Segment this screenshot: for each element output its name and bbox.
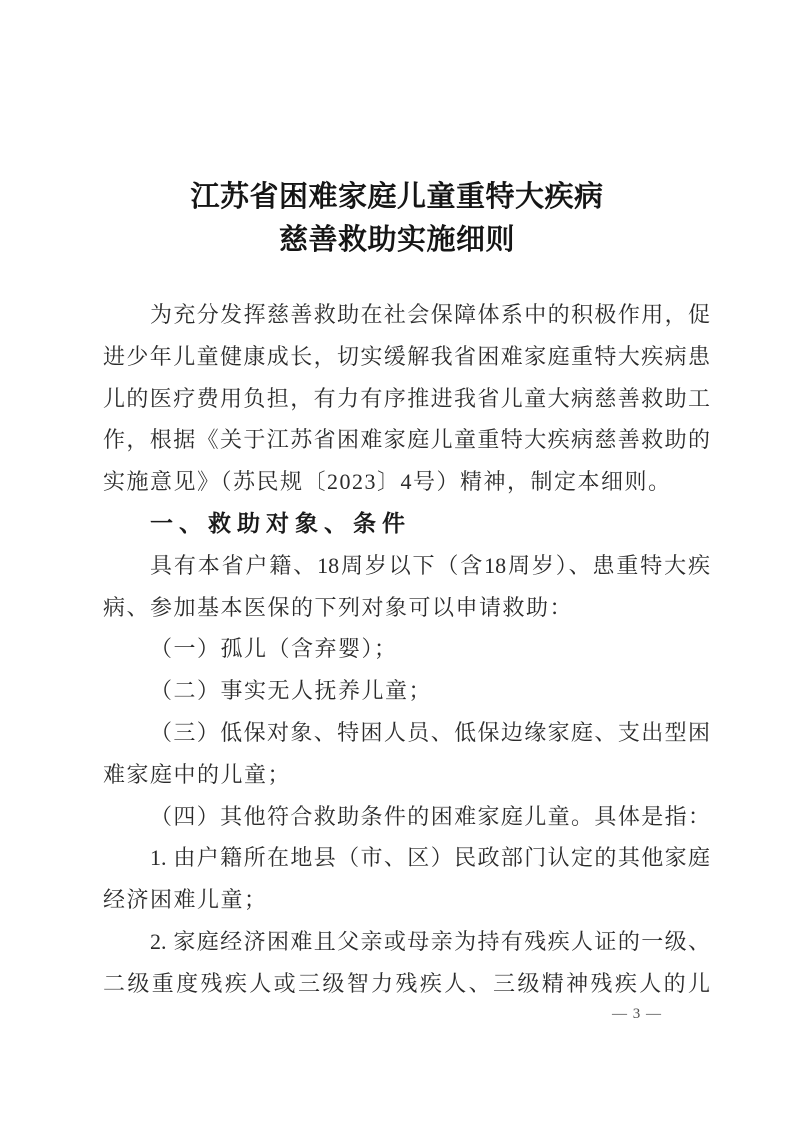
text-line: 2. 家庭经济困难且父亲或母亲为持有残疾人证的一级、: [103, 921, 710, 963]
text-line: 具有本省户籍、18周岁以下（含18周岁）、患重特大疾: [103, 545, 710, 587]
section-heading: 一、救助对象、条件: [103, 503, 710, 545]
text-line: 二级重度残疾人或三级智力残疾人、三级精神残疾人的儿: [103, 963, 710, 1005]
document-page: 江苏省困难家庭儿童重特大疾病 慈善救助实施细则 为充分发挥慈善救助在社会保障体系…: [0, 0, 794, 1123]
text-line: 经济困难儿童；: [103, 879, 710, 921]
text-line: （二）事实无人抚养儿童；: [103, 670, 710, 712]
text-line: 病、参加基本医保的下列对象可以申请救助：: [103, 587, 710, 629]
text-line: 作，根据《关于江苏省困难家庭儿童重特大疾病慈善救助的: [103, 419, 710, 461]
document-title-line-2: 慈善救助实施细则: [0, 219, 794, 262]
document-title: 江苏省困难家庭儿童重特大疾病 慈善救助实施细则: [0, 176, 794, 262]
text-line: 儿的医疗费用负担，有力有序推进我省儿童大病慈善救助工: [103, 378, 710, 420]
text-line: （四）其他符合救助条件的困难家庭儿童。具体是指：: [103, 796, 710, 838]
text-line: 1. 由户籍所在地县（市、区）民政部门认定的其他家庭: [103, 837, 710, 879]
document-body: 为充分发挥慈善救助在社会保障体系中的积极作用，促进少年儿童健康成长，切实缓解我省…: [103, 294, 710, 1005]
text-line: 进少年儿童健康成长，切实缓解我省困难家庭重特大疾病患: [103, 336, 710, 378]
text-line: 难家庭中的儿童；: [103, 754, 710, 796]
text-line: 为充分发挥慈善救助在社会保障体系中的积极作用，促: [103, 294, 710, 336]
text-line: （三）低保对象、特困人员、低保边缘家庭、支出型困: [103, 712, 710, 754]
text-line: 实施意见》（苏民规〔2023〕4号）精神，制定本细则。: [103, 461, 710, 503]
document-title-line-1: 江苏省困难家庭儿童重特大疾病: [0, 176, 794, 219]
text-line: （一）孤儿（含弃婴）；: [103, 628, 710, 670]
page-number: — 3 —: [612, 1003, 662, 1025]
